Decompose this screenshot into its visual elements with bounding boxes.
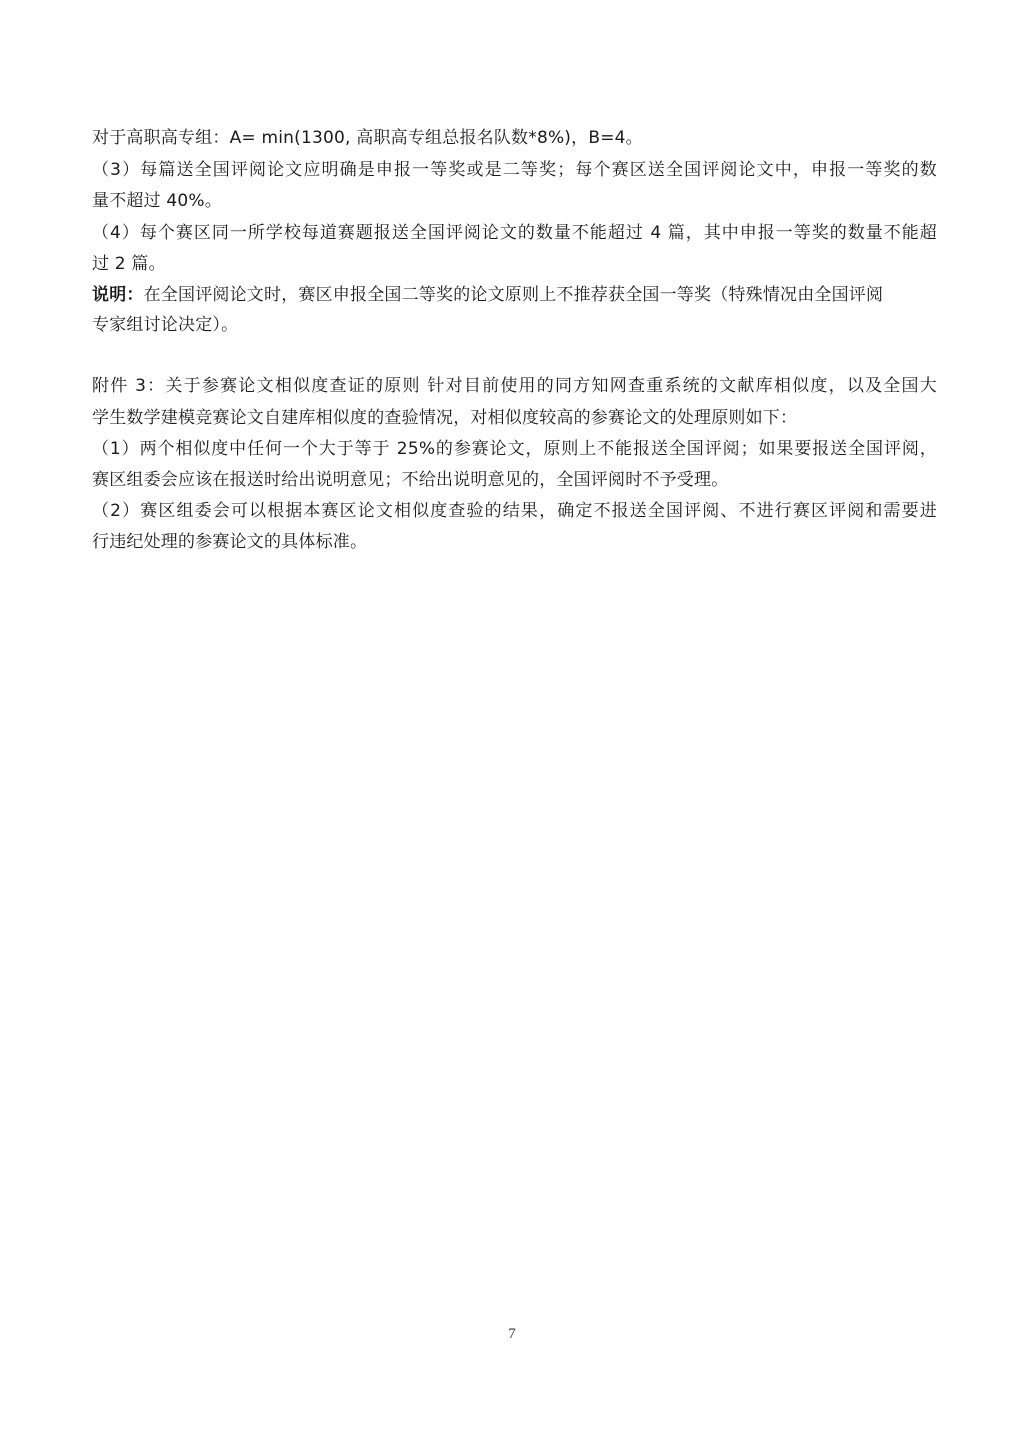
rule-4-line-2: 过 2 篇。 bbox=[92, 253, 937, 275]
appendix-3-line-1: 附件 3：关于参赛论文相似度查证的原则 针对目前使用的同方知网查重系统的文献库相… bbox=[92, 375, 937, 397]
note-line-2: 专家组讨论决定）。 bbox=[92, 314, 937, 336]
note-line-1: 说明：在全国评阅论文时，赛区申报全国二等奖的论文原则上不推荐获全国一等奖（特殊情… bbox=[92, 284, 937, 306]
note-text: 在全国评阅论文时，赛区申报全国二等奖的论文原则上不推荐获全国一等奖（特殊情况由全… bbox=[144, 285, 884, 305]
similarity-rule-2-line-1: （2）赛区组委会可以根据本赛区论文相似度查验的结果，确定不报送全国评阅、不进行赛… bbox=[92, 500, 937, 522]
similarity-rule-1-line-1: （1）两个相似度中任何一个大于等于 25%的参赛论文，原则上不能报送全国评阅；如… bbox=[92, 438, 937, 460]
formula-line-higher-vocational: 对于高职高专组：A= min(1300, 高职高专组总报名队数*8%)，B=4。 bbox=[92, 127, 937, 149]
similarity-rule-2-line-2: 行违纪处理的参赛论文的具体标准。 bbox=[92, 531, 937, 553]
note-label: 说明： bbox=[92, 285, 144, 305]
page-number: 7 bbox=[0, 1326, 1024, 1343]
appendix-3-line-2: 学生数学建模竞赛论文自建库相似度的查验情况，对相似度较高的参赛论文的处理原则如下… bbox=[92, 407, 937, 429]
rule-3-line-2: 量不超过 40%。 bbox=[92, 190, 937, 212]
rule-4-line-1: （4）每个赛区同一所学校每道赛题报送全国评阅论文的数量不能超过 4 篇，其中申报… bbox=[92, 222, 937, 244]
similarity-rule-1-line-2: 赛区组委会应该在报送时给出说明意见；不给出说明意见的，全国评阅时不予受理。 bbox=[92, 469, 937, 491]
document-page: 对于高职高专组：A= min(1300, 高职高专组总报名队数*8%)，B=4。… bbox=[0, 0, 1024, 1448]
rule-3-line-1: （3）每篇送全国评阅论文应明确是申报一等奖或是二等奖；每个赛区送全国评阅论文中，… bbox=[92, 159, 937, 181]
